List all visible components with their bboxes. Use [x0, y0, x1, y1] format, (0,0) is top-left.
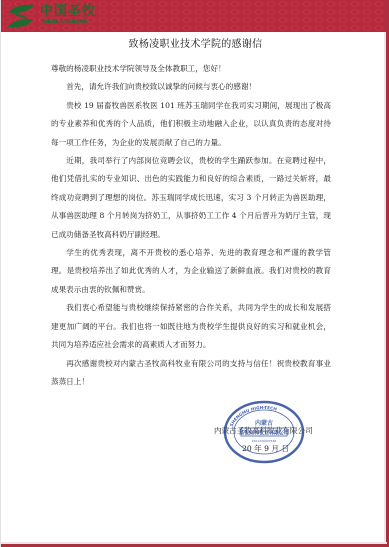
paragraph-greeting: 首先，请允许我们向贵校致以诚挚的问候与衷心的感谢！ — [51, 78, 331, 96]
paragraph-appreciation: 学生的优秀表现，离不开贵校的悉心培养、先进的教育理念和严谨的教学管理。是贵校培养… — [51, 244, 331, 299]
logo-english-text: CHINA SHENGMU — [42, 20, 88, 26]
paragraph-promotion: 近期，我司举行了内部岗位竞聘会议，贵校的学生踊跃参加。在竞聘过程中，他们凭借扎实… — [51, 152, 331, 244]
letter-title: 致杨凌职业技术学院的感谢信 — [1, 38, 389, 52]
salutation: 尊敬的杨凌职业技术学院领导及全体教职工，您好！ — [51, 60, 331, 78]
paragraph-student-performance: 贵校 19 届畜牧兽医系牧医 101 班苏玉瑞同学在我司实习期间，展现出了极高的… — [51, 97, 331, 152]
letter-body: 尊敬的杨凌职业技术学院领导及全体教职工，您好！ 首先，请允许我们向贵校致以诚挚的… — [51, 60, 331, 391]
svg-text:1501230007584: 1501230007584 — [252, 439, 277, 443]
paragraph-closing: 再次感谢贵校对内蒙古圣牧高科牧业有限公司的支持与信任！祝贵校教育事业蒸蒸日上！ — [51, 355, 331, 392]
letter-page: 中国圣牧 CHINA SHENGMU 致杨凌职业技术学院的感谢信 尊敬的杨凌职业… — [0, 0, 389, 547]
company-seal-icon: SHENGMU HIGH-TECH 内蒙古 圣牧高科牧业有限公司 1501230… — [223, 400, 305, 464]
company-logo: 中国圣牧 CHINA SHENGMU — [6, 3, 96, 29]
shengmu-logo-icon — [6, 3, 36, 29]
paragraph-cooperation: 我们衷心希望能与贵校继续保持紧密的合作关系，共同为学生的成长和发展搭建更加广阔的… — [51, 299, 331, 354]
letterhead-banner: 中国圣牧 CHINA SHENGMU — [1, 0, 386, 32]
logo-chinese-text: 中国圣牧 — [40, 4, 96, 19]
svg-text:圣牧高科牧业有限公司: 圣牧高科牧业有限公司 — [239, 430, 289, 437]
svg-text:内蒙古: 内蒙古 — [255, 419, 273, 427]
